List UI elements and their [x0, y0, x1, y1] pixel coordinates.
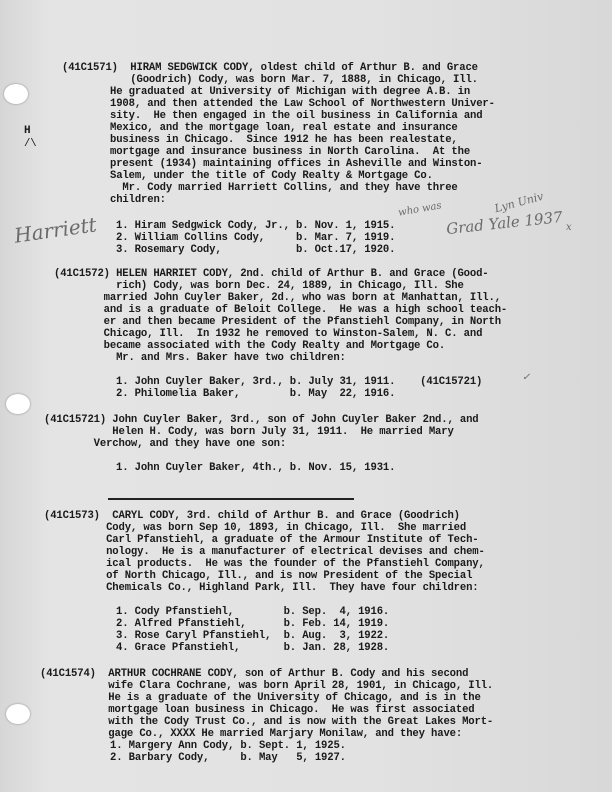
text-line: He is a graduate of the University of Ch…: [40, 692, 481, 704]
handwritten-x-mark: x: [566, 222, 572, 233]
text-line: wife Clara Cochrane, was born April 28, …: [40, 680, 493, 692]
child-line: 3. Rosemary Cody, b. Oct.17, 1920.: [116, 244, 395, 256]
text-line: Verchow, and they have one son:: [44, 438, 286, 450]
text-line: business in Chicago. Since 1912 he has b…: [110, 134, 458, 146]
text-line: Carl Pfanstiehl, a graduate of the Armou…: [44, 534, 479, 546]
text-line: Chemicals Co., Highland Park, Ill. They …: [44, 582, 479, 594]
text-line: children:: [110, 194, 166, 206]
text-line: Mr. Cody married Harriett Collins, and t…: [110, 182, 458, 194]
handwritten-who-was: who was: [397, 200, 442, 218]
margin-mark-letter: H: [24, 125, 30, 137]
punch-hole: [4, 84, 28, 104]
text-line: with the Cody Trust Co., and is now with…: [40, 716, 493, 728]
text-line: 1908, and then attended the Law School o…: [110, 98, 495, 110]
handwritten-harriett: Harriett: [13, 212, 98, 247]
text-line: ical products. He was the founder of the…: [44, 558, 485, 570]
text-line: (Goodrich) Cody, was born Mar. 7, 1888, …: [62, 74, 478, 86]
text-line: Helen H. Cody, was born July 31, 1911. H…: [44, 426, 454, 438]
text-line: nology. He is a manufacturer of electric…: [44, 546, 485, 558]
text-line: Chicago, Ill. In 1932 he removed to Wins…: [54, 328, 482, 340]
text-line: (41C1573) CARYL CODY, 3rd. child of Arth…: [44, 510, 460, 522]
handwritten-check: ✓: [522, 372, 530, 383]
text-line: sity. He then engaged in the oil busines…: [110, 110, 482, 122]
text-line: mortgage loan business in Chicago. He wa…: [40, 704, 475, 716]
child-line: 1. John Cuyler Baker, 4th., b. Nov. 15, …: [116, 462, 395, 474]
text-line: Mexico, and the mortgage loan, real esta…: [110, 122, 458, 134]
child-line: 1. Hiram Sedgwick Cody, Jr., b. Nov. 1, …: [116, 220, 395, 232]
child-line: 1. John Cuyler Baker, 3rd., b. July 31, …: [116, 376, 482, 388]
child-line: 2. Alfred Pfanstiehl, b. Feb. 14, 1919.: [116, 618, 389, 630]
child-line: 4. Grace Pfanstiehl, b. Jan. 28, 1928.: [116, 642, 389, 654]
text-line: Salem, under the title of Cody Realty & …: [110, 170, 433, 182]
text-line: rich) Cody, was born Dec. 24, 1889, in C…: [54, 280, 464, 292]
text-line: (41C1571) HIRAM SEDGWICK CODY, oldest ch…: [62, 62, 478, 74]
margin-mark-caret: /\: [24, 138, 36, 150]
text-line: Cody, was born Sep 10, 1893, in Chicago,…: [44, 522, 466, 534]
child-line: 1. Cody Pfanstiehl, b. Sep. 4, 1916.: [116, 606, 389, 618]
child-line: 2. Barbary Cody, b. May 5, 1927.: [110, 752, 346, 764]
text-line: (41C1572) HELEN HARRIET CODY, 2nd. child…: [54, 268, 489, 280]
punch-hole: [6, 394, 30, 414]
text-line: He graduated at University of Michigan w…: [110, 86, 470, 98]
text-line: (41C15721) John Cuyler Baker, 3rd., son …: [44, 414, 479, 426]
punch-hole: [6, 704, 30, 724]
child-line: 2. William Collins Cody, b. Mar. 7, 1919…: [116, 232, 395, 244]
child-line: 2. Philomelia Baker, b. May 22, 1916.: [116, 388, 395, 400]
text-line: present (1934) maintaining offices in As…: [110, 158, 482, 170]
text-line: married John Cuyler Baker, 2d., who was …: [54, 292, 501, 304]
text-line: became associated with the Cody Realty a…: [54, 340, 445, 352]
document-page: H /\ (41C1571) HIRAM SEDGWICK CODY, olde…: [0, 0, 612, 792]
child-line: 3. Rose Caryl Pfanstiehl, b. Aug. 3, 192…: [116, 630, 389, 642]
separator-rule: [108, 498, 354, 500]
text-line: of North Chicago, Ill., and is now Presi…: [44, 570, 472, 582]
text-line: mortgage and insurance business in North…: [110, 146, 470, 158]
child-line: 1. Margery Ann Cody, b. Sept. 1, 1925.: [110, 740, 346, 752]
text-line: Mr. and Mrs. Baker have two children:: [54, 352, 346, 364]
text-line: er and then became President of the Pfan…: [54, 316, 501, 328]
text-line: (41C1574) ARTHUR COCHRANE CODY, son of A…: [40, 668, 468, 680]
text-line: and is a graduate of Beloit College. He …: [54, 304, 507, 316]
text-line: gage Co., XXXX He married Marjary Monila…: [40, 728, 462, 740]
